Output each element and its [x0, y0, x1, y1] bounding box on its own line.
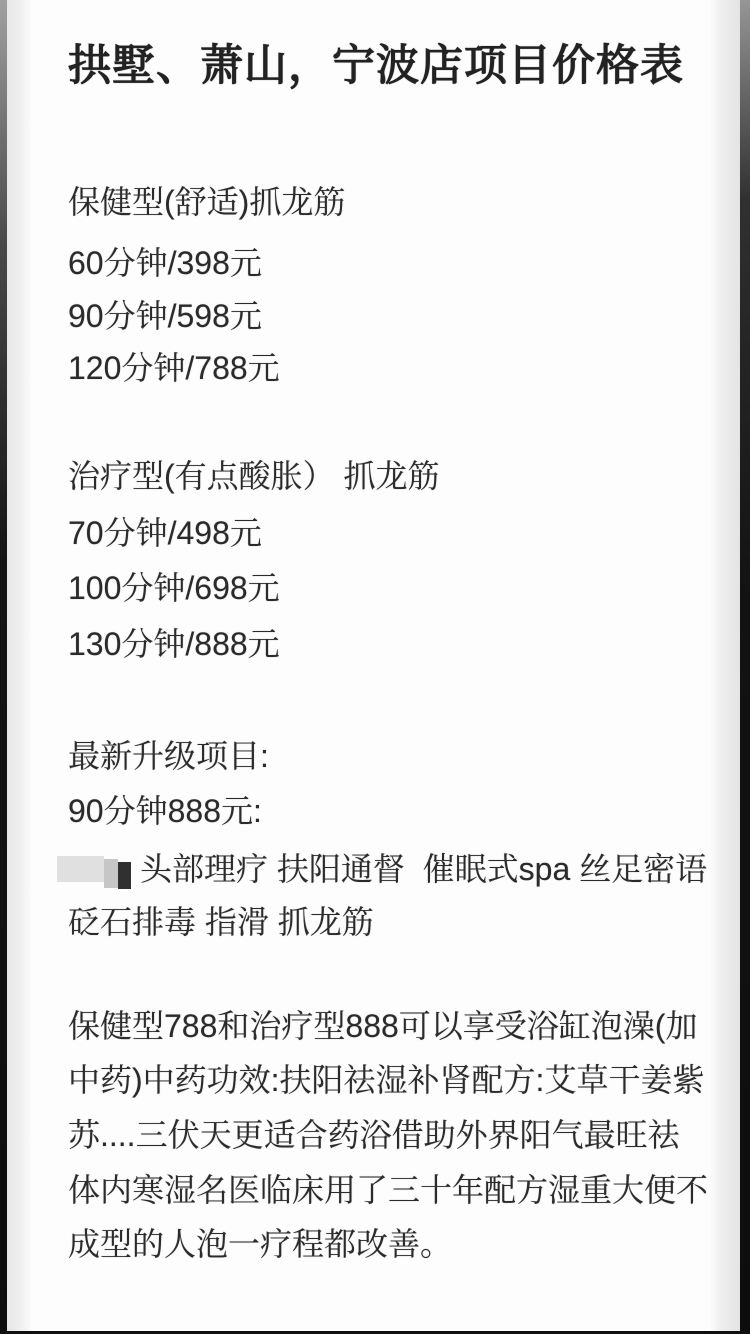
price-list-page: 拱墅、萧山，宁波店项目价格表 保健型(舒适)抓龙筋 60分钟/398元 90分钟… — [0, 0, 750, 1334]
price-line: 70分钟/498元 — [68, 515, 262, 552]
note-line: 中药)中药功效:扶阳祛湿补肾配方:艾草干姜紫 — [68, 1062, 704, 1099]
note-line: 苏....三伏天更适合药浴借助外界阳气最旺祛 — [68, 1117, 680, 1154]
price-line: 130分钟/888元 — [68, 626, 280, 663]
section-3-heading: 最新升级项目: — [68, 738, 269, 775]
price-line: 120分钟/788元 — [68, 350, 280, 387]
page-edge-left-dark — [0, 0, 7, 1334]
price-line: 60分钟/398元 — [68, 245, 262, 282]
page-title: 拱墅、萧山，宁波店项目价格表 — [68, 42, 684, 91]
upgrade-price-line: 90分钟888元: — [68, 793, 262, 830]
page-edge-left-light — [7, 0, 31, 1334]
page-edge-right-light — [708, 0, 740, 1334]
note-line: 体内寒湿名医临床用了三十年配方湿重大便不 — [68, 1172, 708, 1209]
note-line: 成型的人泡一疗程都改善。 — [68, 1226, 452, 1263]
upgrade-items-line-1: 头部理疗 扶阳通督 催眠式spa 丝足密语 — [140, 851, 707, 888]
price-line: 100分钟/698元 — [68, 570, 280, 607]
upgrade-items-line-2: 砭石排毒 指滑 抓龙筋 — [68, 904, 374, 941]
price-line: 90分钟/598元 — [68, 298, 262, 335]
mosaic-block-light — [57, 856, 104, 882]
section-2-heading: 治疗型(有点酸胀） 抓龙筋 — [68, 458, 440, 495]
note-line: 保健型788和治疗型888可以享受浴缸泡澡(加 — [68, 1008, 697, 1045]
section-1-heading: 保健型(舒适)抓龙筋 — [68, 184, 345, 221]
mosaic-block-dark — [118, 862, 131, 889]
mosaic-block-mid — [104, 859, 118, 888]
page-edge-right-dark — [740, 0, 750, 1334]
